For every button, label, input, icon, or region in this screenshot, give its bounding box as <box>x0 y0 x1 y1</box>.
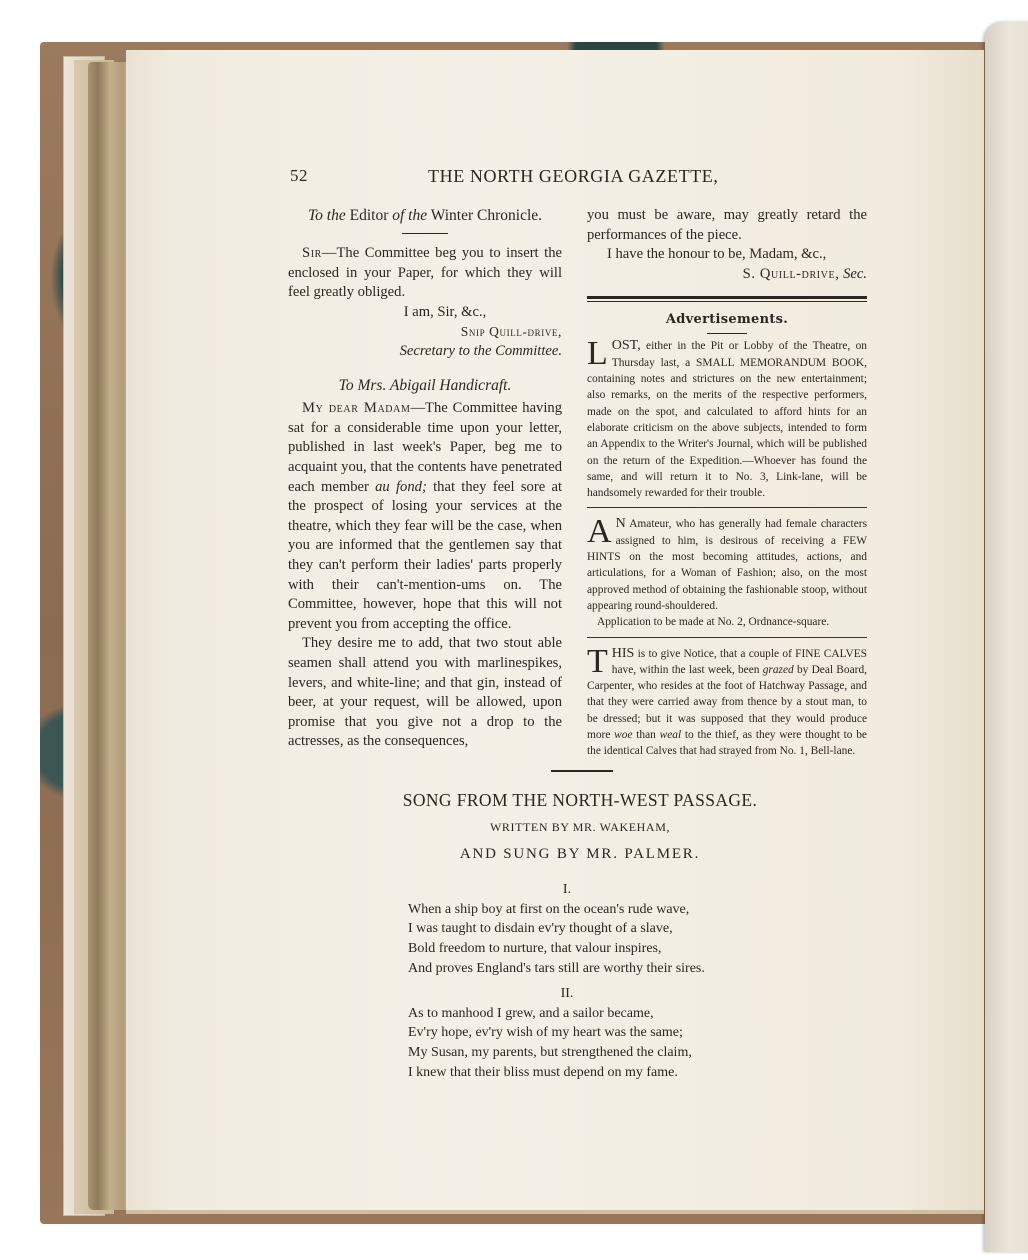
page-number: 52 <box>290 166 308 186</box>
section-rule <box>551 770 613 772</box>
letter1-body: Sir—The Committee beg you to insert the … <box>288 244 562 303</box>
salutation: My dear Madam <box>302 400 410 416</box>
song-stanza-1: I. When a ship boy at first on the ocean… <box>408 880 738 979</box>
letter1-signature-title: Secretary to the Committee. <box>288 342 562 362</box>
rule <box>587 637 867 638</box>
stanza-line: I knew that their bliss must depend on m… <box>408 1063 738 1083</box>
drop-cap: A <box>587 518 612 546</box>
stanza-line: I was taught to disdain ev'ry thought of… <box>408 919 738 939</box>
letter2-closing: I have the honour to be, Madam, &c., <box>587 245 867 265</box>
ad-text: either in the Pit or Lobby of the Theatr… <box>587 340 867 499</box>
advertisement-lost-book: LOST, either in the Pit or Lobby of the … <box>587 338 867 501</box>
salutation: Sir <box>302 245 322 261</box>
drop-cap: L <box>587 340 608 368</box>
song-sung-by: AND SUNG BY MR. PALMER. <box>300 846 860 863</box>
letter1-signature: Snip Quill-drive, <box>288 322 562 342</box>
body-text: —The Committee beg you to insert the enc… <box>288 245 562 300</box>
heading-text: To the <box>308 207 346 224</box>
ad-text: Amateur, who has generally had female ch… <box>587 518 867 611</box>
stanza-line: And proves England's tars still are wort… <box>408 959 738 979</box>
drop-cap: T <box>587 648 608 676</box>
letter2-signature: S. Quill-drive, Sec. <box>587 265 867 285</box>
song-written-by: WRITTEN BY MR. WAKEHAM, <box>300 820 860 835</box>
ad-application: Application to be made at No. 2, Ordnanc… <box>587 614 867 630</box>
ad-first-words: OST, <box>612 338 641 353</box>
song-stanza-2: II. As to manhood I grew, and a sailor b… <box>408 984 738 1083</box>
letter1-closing: I am, Sir, &c., <box>328 303 562 323</box>
signature: S. Quill-drive, <box>743 266 840 282</box>
advertisement-calves: THIS is to give Notice, that a couple of… <box>587 646 867 760</box>
advertisement-amateur: AN Amateur, who has generally had female… <box>587 516 867 630</box>
facing-page-edge <box>985 22 1028 1252</box>
signature-suffix: Sec. <box>839 266 867 282</box>
ad-text-italic: woe <box>614 729 632 741</box>
right-column: you must be aware, may greatly retard th… <box>587 206 867 760</box>
advertisements-heading: Advertisements. <box>587 310 867 330</box>
ad-text: than <box>633 729 660 741</box>
stanza-line: As to manhood I grew, and a sailor becam… <box>408 1004 738 1024</box>
stanza-line: My Susan, my parents, but strengthened t… <box>408 1043 738 1063</box>
double-rule <box>587 296 867 302</box>
ad-first-words: N <box>616 516 626 531</box>
letter-heading-editor: To the Editor of the Winter Chronicle. <box>288 206 562 226</box>
song-title: SONG FROM THE NORTH-WEST PASSAGE. <box>300 790 860 811</box>
letter-heading-abigail: To Mrs. Abigail Handicraft. <box>288 376 562 396</box>
stanza-line: When a ship boy at first on the ocean's … <box>408 900 738 920</box>
stanza-line: Bold freedom to nurture, that valour ins… <box>408 939 738 959</box>
heading-text: Winter Chronicle. <box>427 207 542 224</box>
heading-text: of the <box>392 207 427 224</box>
stanza-number: I. <box>396 880 738 900</box>
running-title: THE NORTH GEORGIA GAZETTE, <box>428 166 718 187</box>
rule <box>587 507 867 508</box>
left-column: To the Editor of the Winter Chronicle. S… <box>288 206 562 752</box>
letter2-paragraph-2: They desire me to add, that two stout ab… <box>288 634 562 752</box>
letter2-continued: you must be aware, may greatly retard th… <box>587 206 867 245</box>
ad-text-italic: grazed <box>763 664 794 676</box>
body-text: that they feel sore at the prospect of l… <box>288 479 562 632</box>
running-header: 52 THE NORTH GEORGIA GAZETTE, <box>290 166 870 186</box>
body-text-italic: au fond; <box>375 479 427 495</box>
stanza-line: Ev'ry hope, ev'ry wish of my heart was t… <box>408 1023 738 1043</box>
letter2-paragraph-1: My dear Madam—The Committee having sat f… <box>288 399 562 634</box>
heading-text: Editor <box>346 207 393 224</box>
ad-text-italic: weal <box>660 729 682 741</box>
rule <box>402 233 448 235</box>
rule <box>707 333 747 335</box>
stanza-number: II. <box>396 984 738 1004</box>
ad-first-words: HIS <box>612 646 635 661</box>
